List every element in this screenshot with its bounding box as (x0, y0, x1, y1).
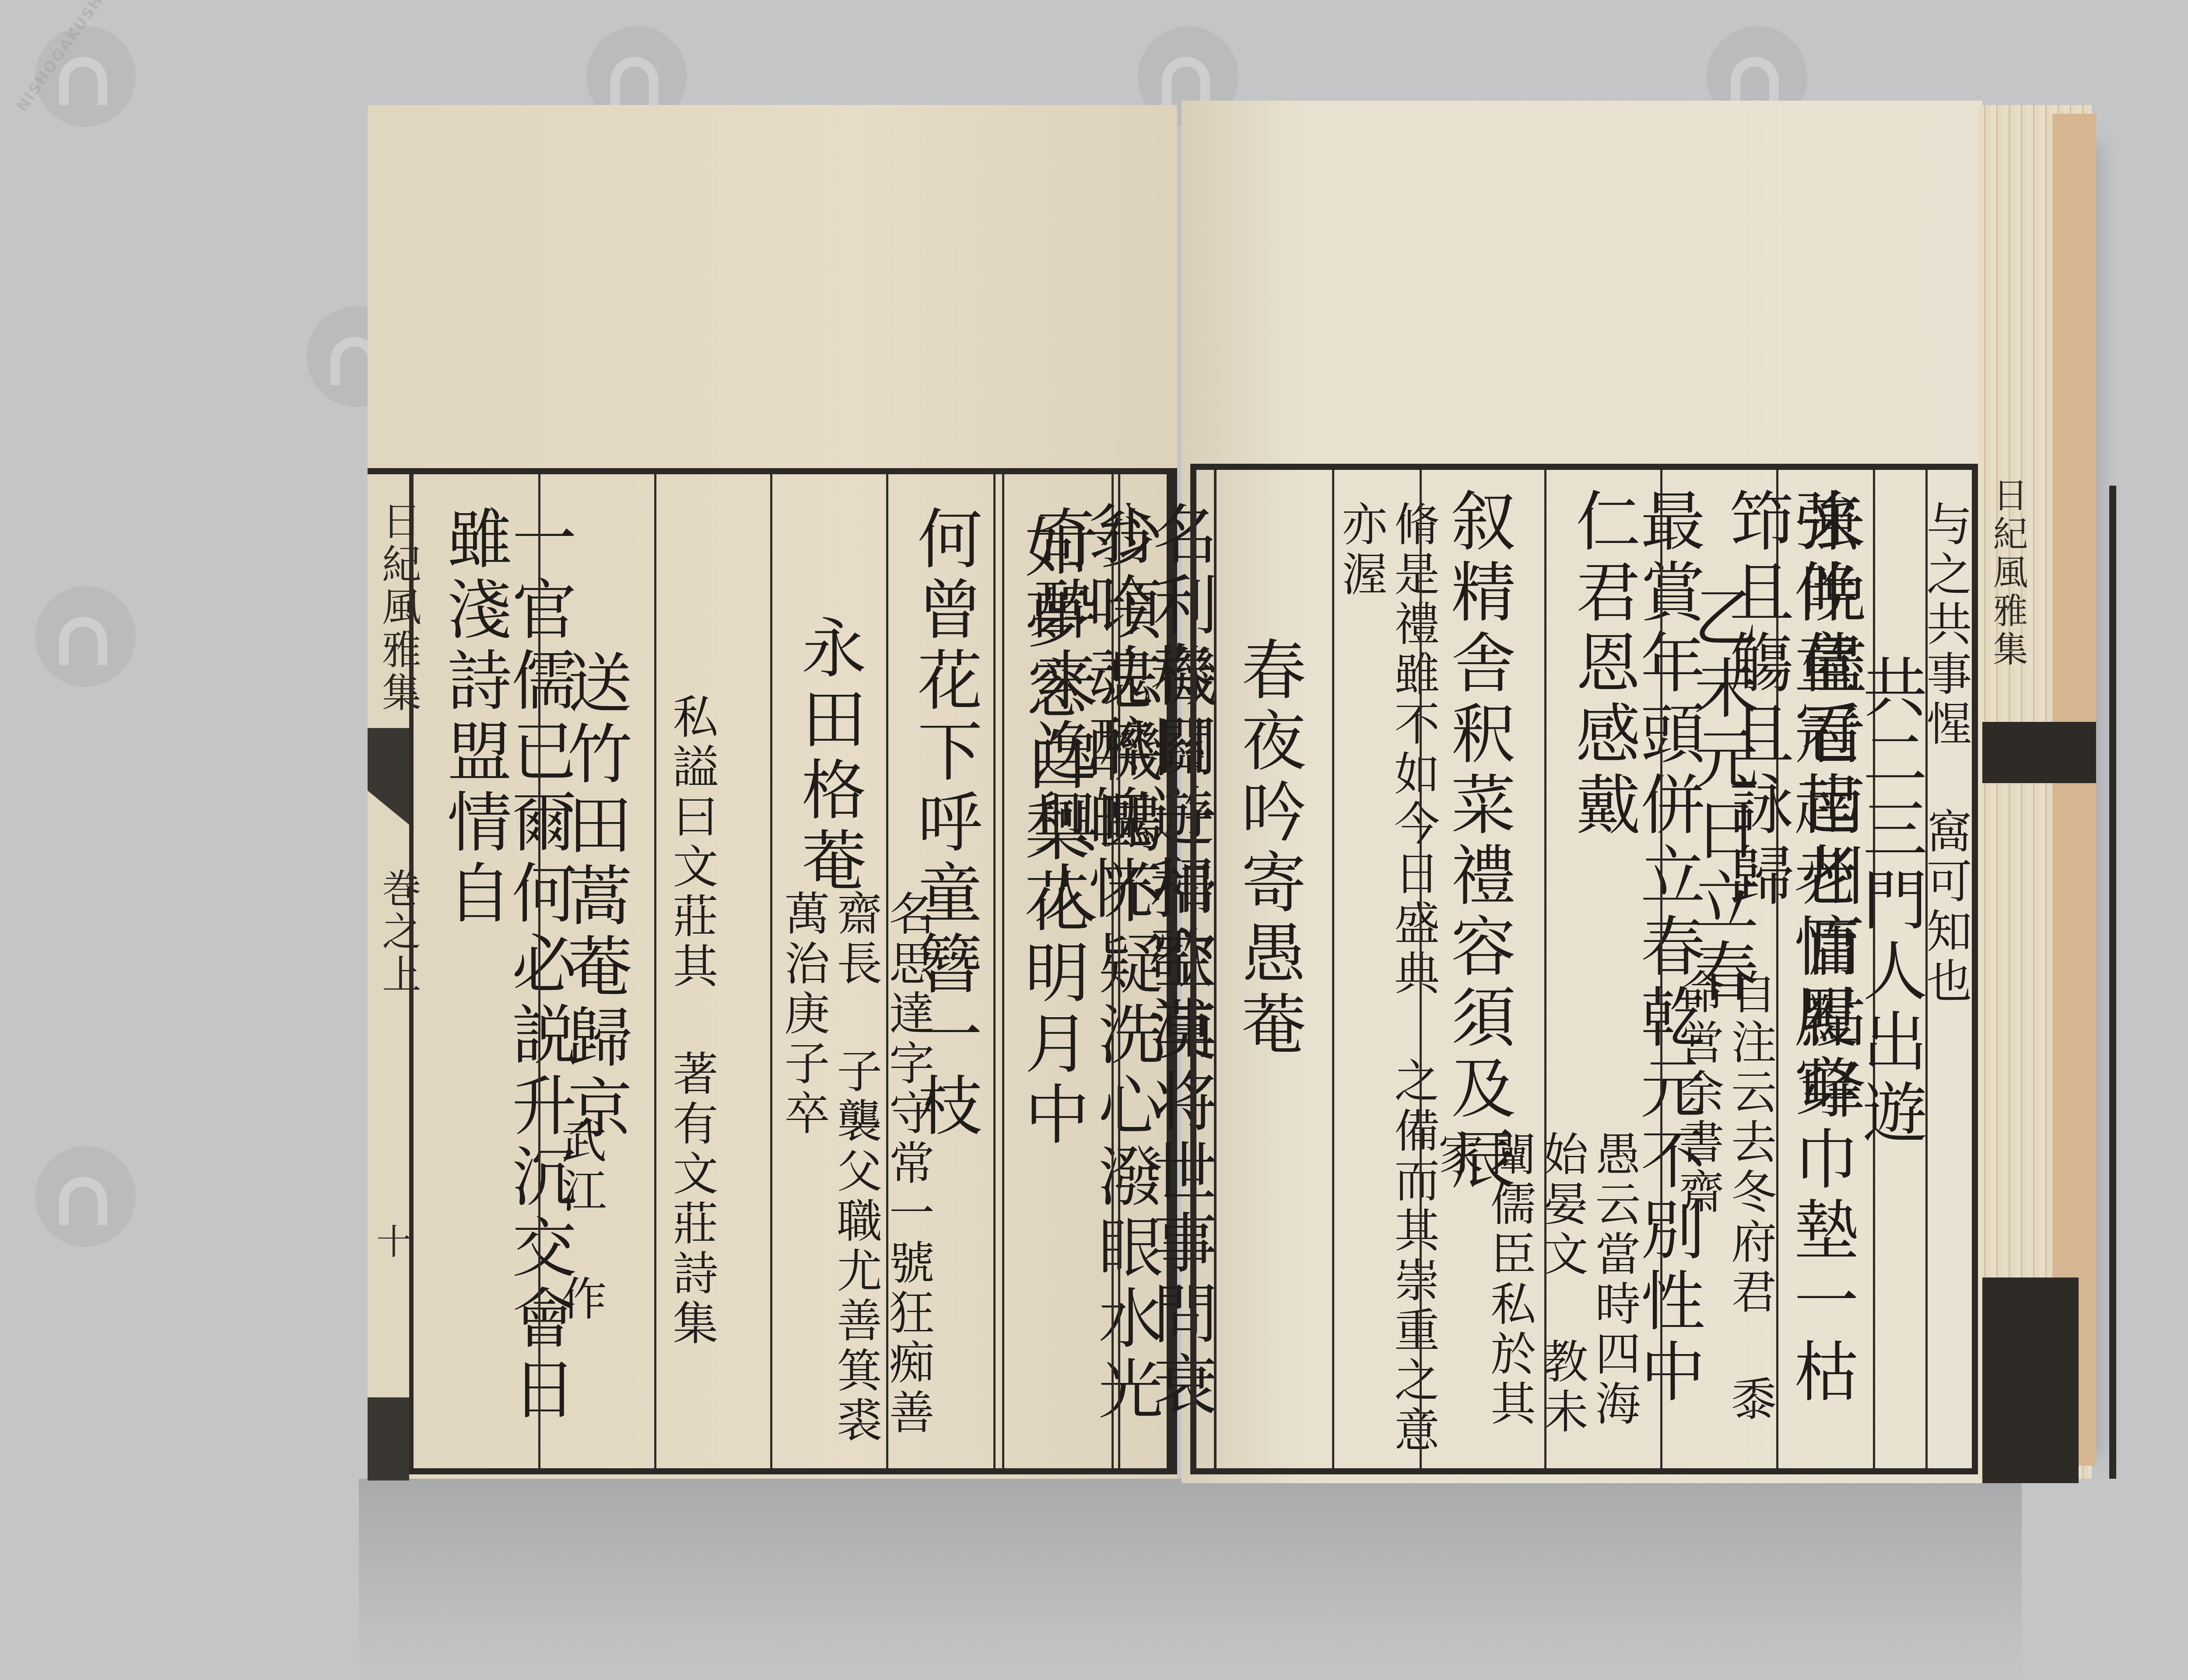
adjacent-fold-column: 日紀風雅集 (1982, 477, 2022, 914)
fold-column: 日紀風雅集 巻之上 十 (368, 474, 411, 1468)
fishtail-mark-bottom (368, 1397, 409, 1480)
fishtail-mark (368, 728, 409, 842)
annotation-note: 与之共事惺 窩可知也 (1919, 500, 1971, 1007)
watermark-logo-icon (35, 586, 136, 687)
cover-frame-line (2109, 486, 2116, 1479)
column-text: 共二三門人出遊 (1858, 654, 1922, 1150)
text-column: 送竹田蒿菴歸京 武江 作 (538, 474, 654, 1468)
column-text: 春夜吟寄愚菴 (1236, 636, 1301, 1061)
text-column: 永田格菴 名思達字守常一號狂痴善齋長 子襲父職尤善箕裘萬治庚子卒 (770, 474, 886, 1468)
column-text: 如夢窓白梨花明月中 (1020, 514, 1084, 1151)
text-column: 名利機關一掃空莫将世事問衰翁吟魂醉魄恍 (1112, 474, 1171, 1468)
stack-fold-marks (1982, 1277, 2079, 1483)
column-text: 叙精舎釈菜禮容須及辰 (1446, 487, 1511, 1196)
annotation-note: 私謚曰文莊其 著有文莊詩集 (665, 693, 718, 1349)
column-text: 強伴童冠起老慵履穿巾墊一枯笻且觴且詠歸 (1724, 487, 1854, 1468)
right-text-frame-right-part: 強伴童冠起老慵履穿巾墊一枯笻且觴且詠歸 共二三門人出遊 与之共事惺 窩可知也 (1825, 464, 1978, 1474)
author-note: 武江 作 (554, 1117, 606, 1325)
page-number: 十 (376, 1214, 411, 1264)
text-column: 叙精舎釈菜禮容須及辰 愚云當時四海始晏文 教未闡儒臣私於其家 (1420, 470, 1544, 1468)
text-column: 脩是禮雖不如今日盛典 之備而其崇重之意亦渥 (1332, 470, 1420, 1468)
table-shadow (359, 1479, 2022, 1680)
text-column: 最賞年頭併立春乾元不別性中仁君恩感戴 (1544, 470, 1660, 1468)
text-column: 与之共事惺 窩可知也 (1925, 470, 1978, 1468)
text-column: 一官儒已爾何必説升沉交會日雖淺詩盟情自 (411, 474, 538, 1468)
book-cover-edge (2052, 114, 2096, 1466)
left-text-frame-right-part: 如夢窓白梨花明月中 名利機關一掃空莫将世事問衰翁吟魂醉魄恍 (928, 468, 1177, 1474)
column-text: 送竹田蒿菴歸京 (562, 649, 627, 1145)
text-column: 私謚曰文莊其 著有文莊詩集 (654, 474, 770, 1468)
text-column: 共二三門人出遊 (1873, 470, 1925, 1468)
col-spacer (928, 474, 928, 1468)
book-title-fragment: 日紀風雅集 (1982, 477, 2033, 669)
text-column: 春夜吟寄愚菴 (1214, 470, 1332, 1468)
watermark-logo-icon (35, 1146, 136, 1247)
column-text: 永田格菴 (796, 614, 861, 898)
